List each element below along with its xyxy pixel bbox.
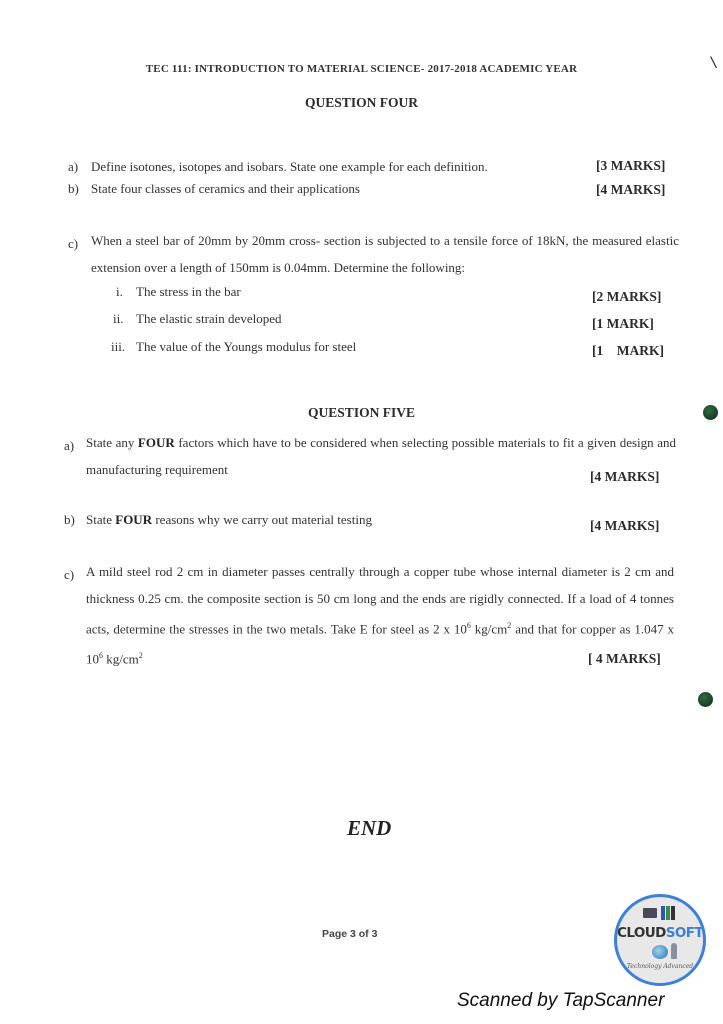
question-four-title: QUESTION FOUR — [0, 95, 723, 111]
q4a-marks: [3 MARKS] — [596, 158, 665, 174]
q4b-text: State four classes of ceramics and their… — [91, 181, 360, 197]
q4c-iii-label: iii. — [111, 339, 125, 355]
q5a-text: State any FOUR factors which have to be … — [86, 429, 676, 483]
scanner-watermark: Scanned by TapScanner — [457, 990, 664, 1012]
emphasis-four: FOUR — [138, 435, 175, 450]
q4b-marks: [4 MARKS] — [596, 182, 665, 198]
q4c-ii-text: The elastic strain developed — [136, 311, 281, 327]
logo-wordmark: CLOUDSOFT — [617, 925, 703, 941]
q4c-label: c) — [68, 236, 78, 252]
punch-hole — [703, 405, 718, 420]
end-marker: END — [347, 816, 391, 841]
q4c-i-text: The stress in the bar — [136, 284, 241, 300]
q4c-text: When a steel bar of 20mm by 20mm cross- … — [91, 227, 679, 281]
q4a-text: Define isotones, isotopes and isobars. S… — [91, 159, 488, 175]
q4c-i-marks: [2 MARKS] — [592, 289, 661, 305]
computer-icon — [643, 908, 657, 918]
question-five-title: QUESTION FIVE — [0, 405, 723, 421]
q4b-label: b) — [68, 181, 79, 197]
q5c-marks: [ 4 MARKS] — [588, 651, 661, 667]
emphasis-four: FOUR — [115, 512, 152, 527]
books-icon — [661, 906, 676, 925]
course-header: TEC 111: INTRODUCTION TO MATERIAL SCIENC… — [0, 63, 723, 75]
q4c-ii-label: ii. — [113, 311, 123, 327]
logo-tagline: Technology Advanced — [617, 963, 703, 970]
q4a-label: a) — [68, 159, 78, 175]
q5a-marks: [4 MARKS] — [590, 469, 659, 485]
q5b-label: b) — [64, 512, 75, 528]
q5b-text: State FOUR reasons why we carry out mate… — [86, 512, 372, 528]
exam-page: \ TEC 111: INTRODUCTION TO MATERIAL SCIE… — [0, 0, 723, 1024]
punch-hole — [698, 692, 713, 707]
cloudsoft-logo: CLOUDSOFT Technology Advanced — [614, 894, 706, 986]
q4c-iii-text: The value of the Youngs modulus for stee… — [136, 339, 356, 355]
q5c-label: c) — [64, 567, 74, 583]
globe-icon — [652, 945, 668, 959]
page-number: Page 3 of 3 — [322, 928, 377, 940]
q5a-label: a) — [64, 438, 74, 454]
q5c-text: A mild steel rod 2 cm in diameter passes… — [86, 558, 674, 673]
q5b-marks: [4 MARKS] — [590, 518, 659, 534]
q4c-i-label: i. — [116, 284, 123, 300]
person-figure-icon — [671, 943, 677, 959]
q4c-ii-marks: [1 MARK] — [592, 316, 654, 332]
q4c-iii-marks: [1 MARK] — [592, 343, 664, 359]
